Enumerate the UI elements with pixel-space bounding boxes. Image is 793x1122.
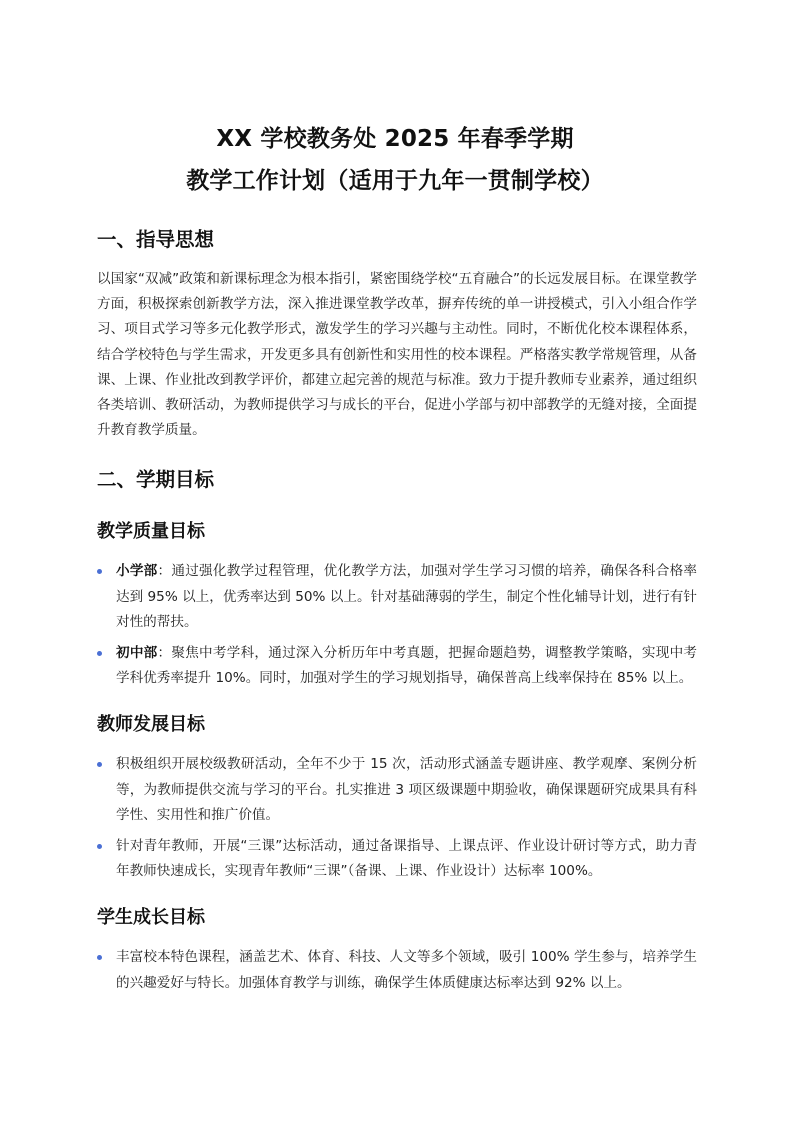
bullet-icon — [97, 844, 102, 849]
list-item: 小学部：通过强化教学过程管理，优化教学方法，加强对学生学习习惯的培养，确保各科合… — [97, 559, 697, 635]
subsection-heading-teaching-quality: 教学质量目标 — [97, 520, 697, 544]
list-item-text: 通过强化教学过程管理，优化教学方法，加强对学生学习习惯的培养，确保各科合格率达到… — [116, 563, 697, 629]
title-line-2: 教学工作计划（适用于九年一贯制学校） — [93, 160, 697, 202]
bullet-icon — [97, 955, 102, 960]
teacher-development-list: 积极组织开展校级教研活动，全年不少于 15 次，活动形式涵盖专题讲座、教学观摩、… — [97, 752, 697, 884]
document-title: XX 学校教务处 2025 年春季学期 教学工作计划（适用于九年一贯制学校） — [93, 118, 697, 202]
teaching-quality-list: 小学部：通过强化教学过程管理，优化教学方法，加强对学生学习习惯的培养，确保各科合… — [97, 559, 697, 691]
list-item-separator: ： — [158, 563, 172, 579]
list-item-separator: ： — [158, 645, 172, 661]
list-item: 丰富校本特色课程，涵盖艺术、体育、科技、人文等多个领域，吸引 100% 学生参与… — [97, 945, 697, 995]
student-growth-list: 丰富校本特色课程，涵盖艺术、体育、科技、人文等多个领域，吸引 100% 学生参与… — [97, 945, 697, 995]
title-line-1: XX 学校教务处 2025 年春季学期 — [93, 118, 697, 160]
list-item-text: 针对青年教师，开展“三课”达标活动，通过备课指导、上课点评、作业设计研讨等方式，… — [116, 838, 697, 879]
list-item: 初中部：聚焦中考学科，通过深入分析历年中考真题，把握命题趋势，调整教学策略，实现… — [97, 641, 697, 691]
bullet-icon — [97, 651, 102, 656]
subsection-heading-teacher-development: 教师发展目标 — [97, 713, 697, 737]
list-item: 针对青年教师，开展“三课”达标活动，通过备课指导、上课点评、作业设计研讨等方式，… — [97, 834, 697, 884]
bullet-icon — [97, 762, 102, 767]
guiding-ideology-paragraph: 以国家“双减”政策和新课标理念为根本指引，紧密围绕学校“五育融合”的长远发展目标… — [97, 267, 697, 443]
section-heading-semester-goals: 二、学期目标 — [97, 467, 697, 493]
section-heading-guiding-ideology: 一、指导思想 — [97, 227, 697, 253]
list-item-lead: 初中部 — [116, 645, 158, 661]
list-item-text: 聚焦中考学科，通过深入分析历年中考真题，把握命题趋势，调整教学策略，实现中考学科… — [116, 645, 697, 686]
list-item-text: 积极组织开展校级教研活动，全年不少于 15 次，活动形式涵盖专题讲座、教学观摩、… — [116, 756, 697, 822]
bullet-icon — [97, 569, 102, 574]
subsection-heading-student-growth: 学生成长目标 — [97, 906, 697, 930]
document-page: XX 学校教务处 2025 年春季学期 教学工作计划（适用于九年一贯制学校） 一… — [97, 118, 697, 996]
list-item: 积极组织开展校级教研活动，全年不少于 15 次，活动形式涵盖专题讲座、教学观摩、… — [97, 752, 697, 828]
list-item-text: 丰富校本特色课程，涵盖艺术、体育、科技、人文等多个领域，吸引 100% 学生参与… — [116, 949, 697, 990]
list-item-lead: 小学部 — [116, 563, 158, 579]
